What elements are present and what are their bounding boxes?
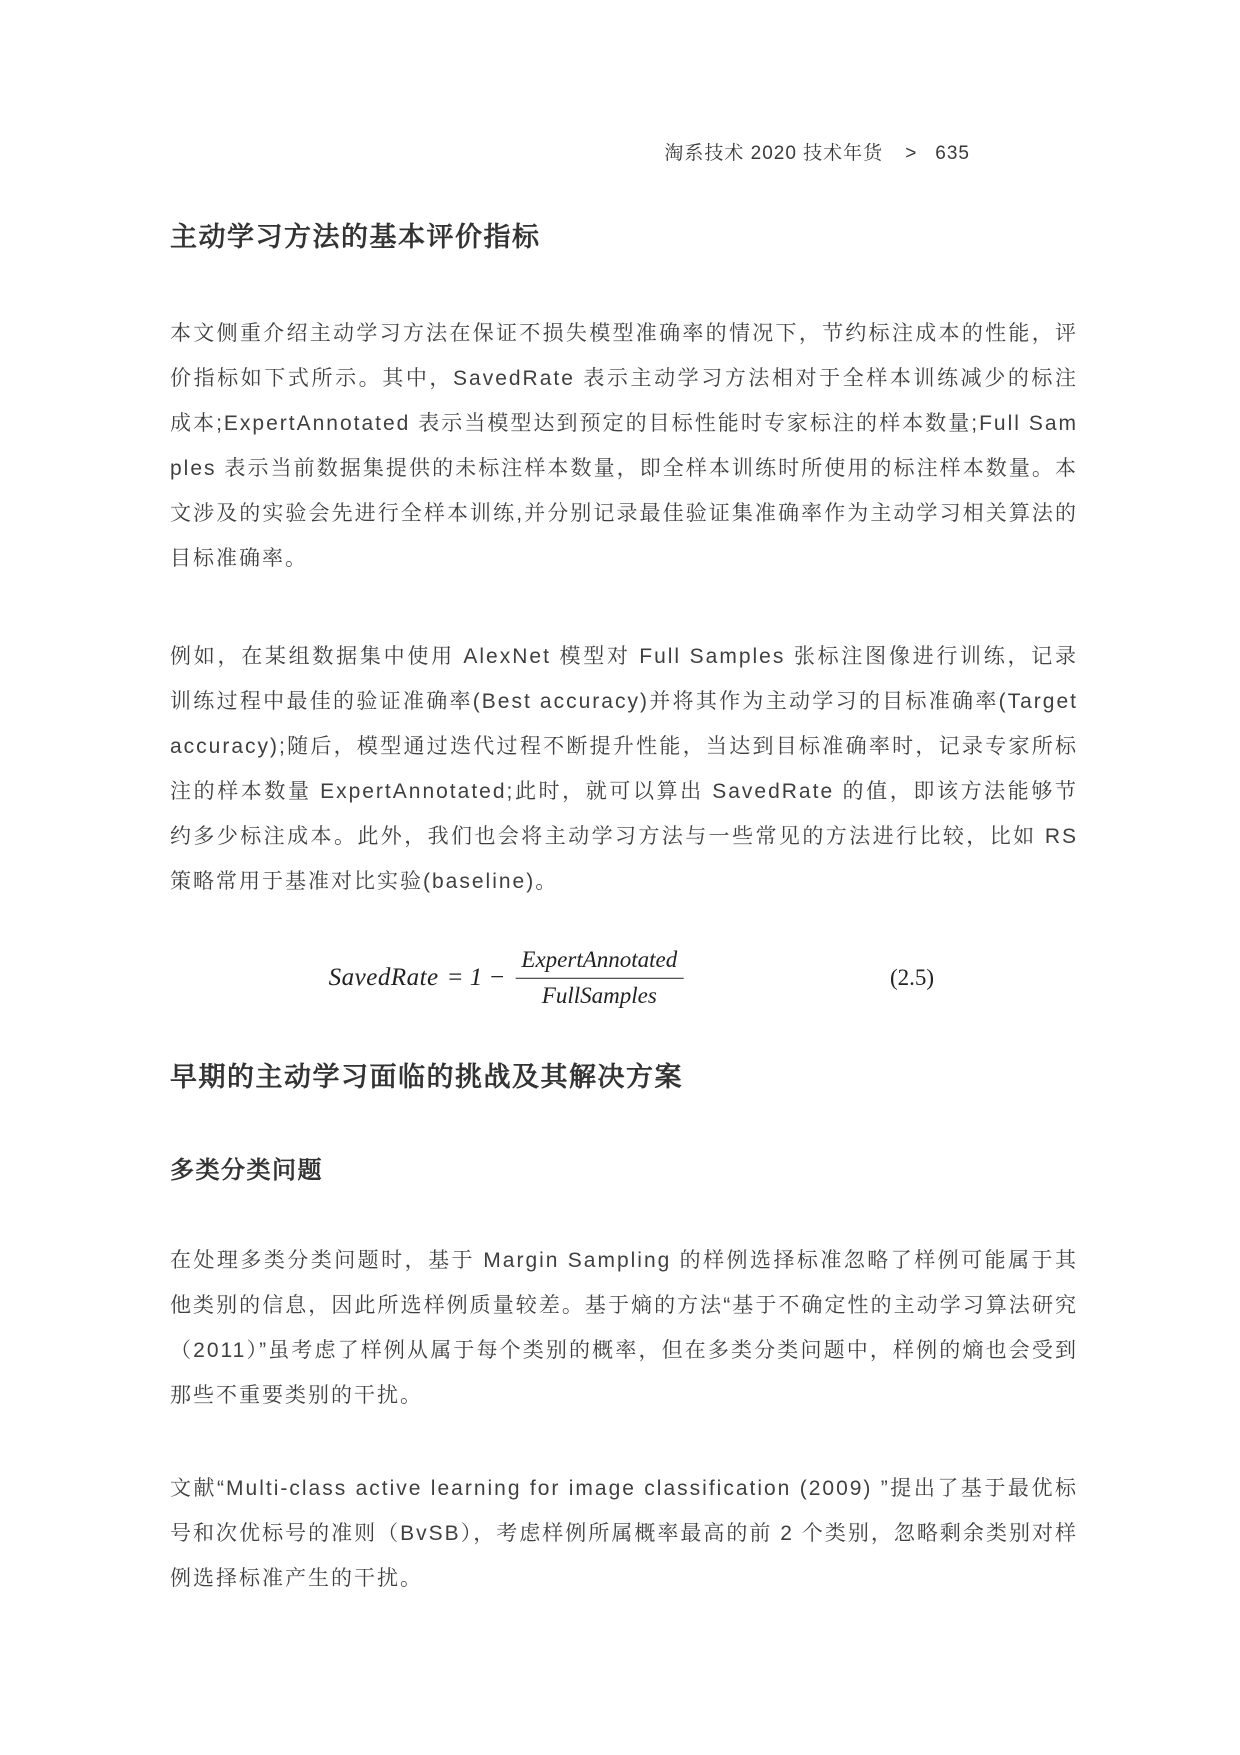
paragraph-multiclass: 在处理多类分类问题时，基于 Margin Sampling 的样例选择标准忽略了… — [170, 1238, 1078, 1418]
page-number: 635 — [935, 143, 970, 164]
header-title: 淘系技术 2020 技术年货 — [664, 143, 883, 164]
heading-multiclass-problem: 多类分类问题 — [170, 1155, 1078, 1186]
fraction-denominator: FullSamples — [542, 979, 657, 1011]
fraction-numerator: ExpertAnnotated — [515, 946, 683, 979]
formula-lhs: SavedRate — [329, 964, 439, 992]
page-header: 淘系技术 2020 技术年货>635 — [0, 138, 970, 165]
header-separator: > — [905, 143, 917, 165]
heading-evaluation-metrics: 主动学习方法的基本评价指标 — [170, 220, 1078, 255]
paragraph-bvsb: 文献“Multi-class active learning for image… — [170, 1466, 1078, 1601]
document-page: 淘系技术 2020 技术年货>635 主动学习方法的基本评价指标 本文侧重介绍主… — [0, 0, 1240, 1755]
paragraph-example: 例如，在某组数据集中使用 AlexNet 模型对 Full Samples 张标… — [170, 634, 1078, 904]
paragraph-metrics-intro: 本文侧重介绍主动学习方法在保证不损失模型准确率的情况下，节约标注成本的性能，评价… — [170, 311, 1078, 581]
equation-row: SavedRate = 1 − ExpertAnnotated FullSamp… — [170, 938, 1078, 1018]
equation-number: (2.5) — [890, 965, 934, 991]
savedrate-formula: SavedRate = 1 − ExpertAnnotated FullSamp… — [329, 946, 684, 1011]
formula-equals: = 1 − — [447, 964, 506, 992]
heading-early-challenges: 早期的主动学习面临的挑战及其解决方案 — [170, 1060, 1078, 1095]
formula-fraction: ExpertAnnotated FullSamples — [515, 946, 683, 1011]
